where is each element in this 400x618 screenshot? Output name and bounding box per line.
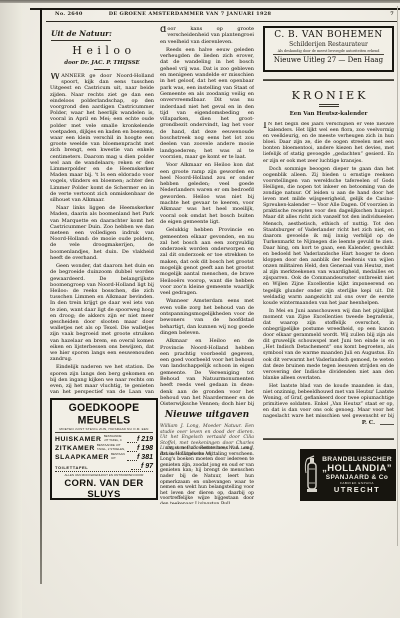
meubels-ad: GOEDKOOPE MEUBELS MOETEN JUIST STEVIG ZI… [50, 398, 158, 500]
hollandia-product: BRANDBLUSSCHER [322, 456, 392, 463]
bohemen-ad-name: C. B. VAN BOHEMEN [267, 30, 390, 40]
scan-left-shade [0, 0, 22, 618]
article-paragraph: Alkmaar en Heiloo en de Provincie Noord-… [160, 338, 254, 408]
meubels-item-desc: BESTAANDE UIT TAFEL, 4 STOELEN, 2 ARMSTO… [104, 435, 125, 443]
kroniek-paragraph: In Mei en Juni aanschouwen wij dan het p… [263, 309, 394, 382]
page-left-border-line [40, 8, 42, 584]
kroniek-paragraph: IN het begin des jaars verschijnen er ve… [263, 122, 394, 165]
article-kicker: Uit de Natuur: [51, 29, 112, 38]
meubels-item-desc: BESTAANDE UIT TAFEL, 2 STOELEN, 2 FAUTEU… [97, 444, 125, 452]
article-paragraph: door kans op groote verscheidenheid van … [160, 26, 254, 45]
section-divider-rule [263, 79, 394, 81]
article-byline: door Dr. JAC. P. THIJSSE [50, 60, 154, 66]
fire-extinguisher-icon [304, 453, 319, 497]
meubels-item-price: f 97 [141, 463, 153, 470]
section-title-nieuwe-uitgaven: Nieuwe uitgaven [160, 410, 254, 420]
dotted-leader [127, 457, 137, 461]
kroniek-title: KRONIEK [263, 89, 394, 102]
kicker-underline [51, 40, 111, 41]
article-paragraph: Gelukkig hebben Provincie en gemeenten e… [160, 227, 254, 296]
meubels-ad-footer: ALLEN VAN MOOI EIKENHOUT EN ONTWORPEN DO… [55, 471, 153, 477]
byline-ornament [94, 69, 110, 71]
meubels-ad-subtitle: MOETEN JUIST STEVIG ZIJN, HUISRAAD NU O.… [55, 427, 153, 433]
article-column-1: WANNEER ge door Noord-Holland spoort, ki… [50, 73, 154, 395]
kroniek-paragraph: Doch sommige beoogen dieper te gaan dan … [263, 167, 394, 307]
meubels-item-name: TOILETTAFEL [55, 465, 88, 470]
hollandia-ad: BRANDBLUSSCHER „HOLLANDIA” SPANJAARD & C… [300, 449, 396, 501]
meubels-item-desc: BESTAANDE UIT SPIEGELKAST, LITS-JUMEAUX,… [111, 453, 125, 461]
newspaper-title: DE GROENE AMSTERDAMMER VAN 7 JANUARI 192… [100, 11, 280, 17]
book-review: Dit is het zooveelste boek van Long, dat… [160, 446, 254, 504]
issue-number: No. 2640 [55, 11, 83, 17]
meubels-item-price: f 381 [137, 454, 153, 461]
kroniek-subtitle: Een Van Heutsz-kalender [263, 111, 394, 117]
meubels-ad-row: HUISKAMER BESTAANDE UIT TAFEL, 4 STOELEN… [55, 435, 153, 443]
hollandia-brand: „HOLLANDIA” [322, 463, 392, 474]
meubels-ad-row: ZITKAMER BESTAANDE UIT TAFEL, 2 STOELEN,… [55, 444, 153, 452]
meubels-item-price: f 219 [137, 436, 153, 443]
hollandia-city: UTRECHT [322, 485, 392, 494]
header-bottom-rule [46, 21, 397, 22]
meubels-item-desc [90, 462, 129, 470]
meubels-ad-company: CORN. VAN DER SLUYS [55, 478, 153, 500]
article-paragraph: WANNEER ge door Noord-Holland spoort, ki… [50, 73, 154, 203]
bohemen-ad: C. B. VAN BOHEMEN Schilderijen Restaurat… [263, 26, 394, 72]
review-paragraph: Dit is het zooveelste boek van Long, dat… [160, 446, 254, 504]
meubels-ad-title: GOEDKOOPE MEUBELS [55, 401, 153, 426]
meubels-item-name: SLAAPKAMER [55, 454, 109, 461]
article-paragraph: Naar links liggen de Heemskerker Maden, … [50, 205, 154, 261]
signature-dash [380, 424, 394, 425]
meubels-item-price: f 198 [137, 445, 153, 452]
bohemen-ad-profession: Schilderijen Restaurateur [267, 41, 390, 48]
kroniek-bottom-rule [263, 438, 394, 440]
bohemen-ad-claim: Als deskundig door de meest bevoegde aut… [271, 49, 386, 53]
dotted-leader [127, 448, 137, 452]
page-top-rule [30, 8, 400, 10]
bohemen-ad-address: Nieuwe Uitleg 27 — Den Haag [273, 54, 384, 64]
dotted-leader [127, 439, 137, 443]
article-paragraph: Geen wonder, dat daarom het duin en de b… [50, 263, 154, 362]
article-paragraph: Eindelijk naderen we het station. De spo… [50, 364, 154, 395]
article-title: Heiloo [50, 44, 154, 57]
meubels-item-name: ZITKAMER [55, 445, 95, 452]
newspaper-page: No. 2640 DE GROENE AMSTERDAMMER VAN 7 JA… [0, 0, 400, 618]
article-paragraph: Wanneer Amsterdam eens met even volle zo… [160, 298, 254, 336]
scan-top-edge [0, 0, 400, 3]
kroniek-signature: P. C. [263, 420, 375, 426]
dotted-leader [131, 466, 141, 470]
meubels-item-name: HUISKAMER [55, 436, 102, 443]
kroniek-paragraph: Het laatste blad van de koude maanden is… [263, 384, 394, 418]
article-column-2: door kans op groote verscheidenheid van … [160, 26, 254, 408]
page-number: 7 [382, 11, 394, 17]
meubels-ad-row: SLAAPKAMER BESTAANDE UIT SPIEGELKAST, LI… [55, 453, 153, 461]
page-right-border-line [397, 6, 398, 546]
article-paragraph: Voor Alkmaar en Heiloo kon dat een groot… [160, 162, 254, 225]
hollandia-company: SPANJAARD & Co [322, 474, 392, 481]
meubels-ad-row: TOILETTAFEL f 97 [55, 462, 153, 470]
kroniek-ornament [319, 104, 339, 107]
article-paragraph: Reeds een halve eeuw geleden verheugden … [160, 47, 254, 160]
kroniek-column: IN het begin des jaars verschijnen er ve… [263, 122, 394, 418]
hollandia-ad-text: BRANDBLUSSCHER „HOLLANDIA” SPANJAARD & C… [322, 456, 392, 494]
